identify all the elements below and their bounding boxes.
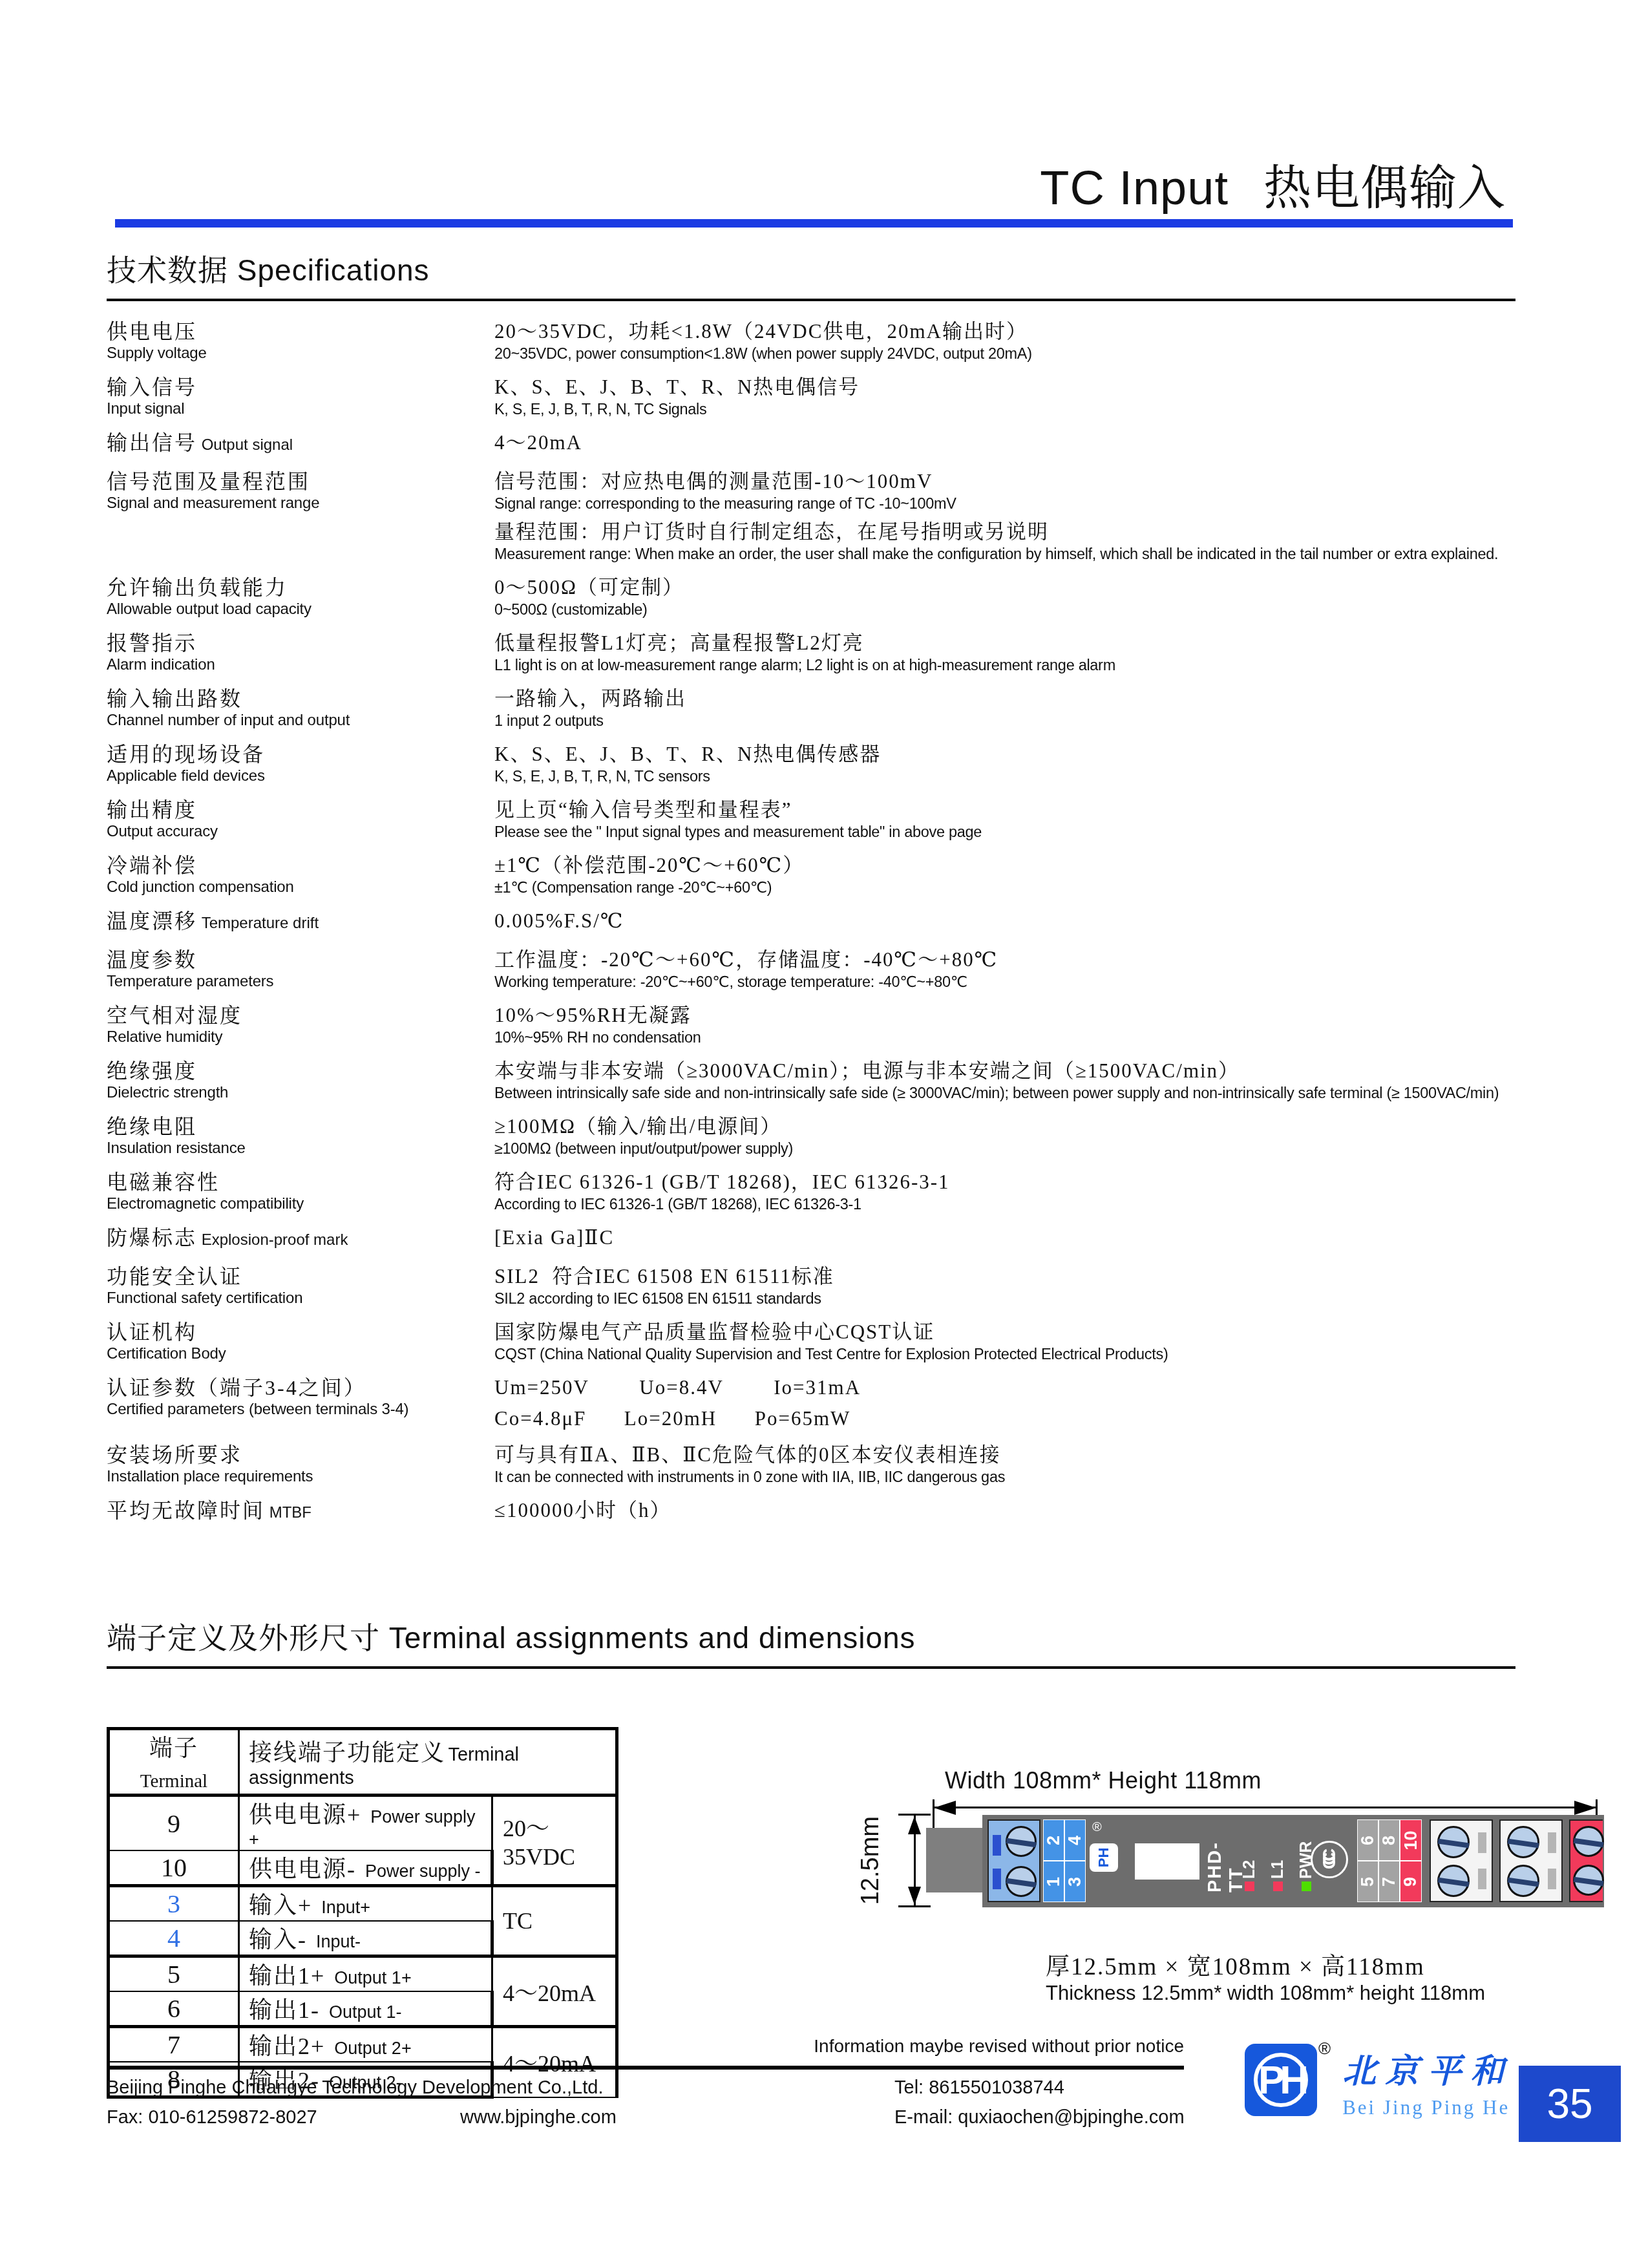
spec-value-line: ≤100000小时（h）	[494, 1498, 1528, 1523]
terminal-number-cell: 3	[109, 1886, 239, 1922]
terminal-number-cell: 9	[109, 1796, 239, 1851]
spec-label-cn: 适用的现场设备	[107, 742, 494, 767]
spec-label-cn: 防爆标志 Explosion-proof mark	[107, 1225, 494, 1253]
spec-value: [Exia Ga]ⅡC	[494, 1225, 1528, 1253]
spec-value: K、S、E、J、B、T、R、N热电偶信号K, S, E, J, B, T, R,…	[494, 375, 1528, 419]
module-terminal-numbers-gray: 6857	[1357, 1819, 1400, 1902]
spec-value-line: 可与具有ⅡA、ⅡB、ⅡC危险气体的0区本安仪表相连接It can be conn…	[494, 1443, 1528, 1487]
terminal-function-cn: 供电电源-	[249, 1856, 356, 1882]
spec-value-en: ≥100MΩ (between input/output/power suppl…	[494, 1139, 1528, 1158]
spec-value-line: 0.005%F.S/℃	[494, 909, 1528, 933]
terminal-number-cell: 7	[109, 2027, 239, 2062]
spec-value: 本安端与非本安端（≥3000VAC/min）；电源与非本安端之间（≥1500VA…	[494, 1059, 1528, 1103]
terminal-function-cell: 输入+Input+	[239, 1886, 492, 1922]
website-url: www.bjpinghe.com	[460, 2107, 617, 2128]
terminal-function-en: Output 2+	[334, 2039, 411, 2058]
spec-value: ±1℃（补偿范围-20℃～+60℃）±1℃ (Compensation rang…	[494, 853, 1528, 897]
spec-value: 低量程报警L1灯亮；高量程报警L2灯亮L1 light is on at low…	[494, 631, 1528, 675]
spec-value-en: K, S, E, J, B, T, R, N, TC Signals	[494, 399, 1528, 419]
terminal-number-cell: 6	[109, 1991, 239, 2027]
spec-value: K、S、E、J、B、T、R、N热电偶传感器K, S, E, J, B, T, R…	[494, 742, 1528, 786]
terminal-clamp	[1478, 1869, 1486, 1889]
spec-value-line: 10%～95%RH无凝露10%~95% RH no condensation	[494, 1003, 1528, 1047]
spec-label-cn: 电磁兼容性	[107, 1170, 494, 1194]
module-terminal-numbers-blue: 2413	[1043, 1819, 1086, 1902]
spec-label-cn: 输出精度	[107, 798, 494, 822]
company-logo: PH ® 北京平和 Bei Jing Ping He	[1245, 2044, 1513, 2119]
dimension-tick	[898, 1905, 931, 1907]
module-terminal-number: 1	[1043, 1861, 1064, 1902]
header-rule	[115, 219, 1513, 228]
terminal-table-body: 端子Terminal接线端子功能定义 Terminal assignments9…	[109, 1729, 617, 2097]
terminal-number-cell: 4	[109, 1921, 239, 1956]
spec-value-line: ±1℃（补偿范围-20℃～+60℃）±1℃ (Compensation rang…	[494, 853, 1528, 897]
spec-rows: 供电电压Supply voltage20～35VDC，功耗<1.8W（24VDC…	[107, 319, 1528, 1537]
led-label-text: L1	[1269, 1860, 1287, 1879]
page-title-cn: 热电偶输入	[1263, 161, 1506, 215]
led-label: L2	[1240, 1820, 1259, 1879]
spec-row: 平均无故障时间 MTBF≤100000小时（h）	[107, 1498, 1528, 1525]
dimensions-caption-cn: 厚12.5mm × 宽108mm × 高118mm	[1046, 1947, 1425, 1982]
page-title-en: TC Input	[1040, 161, 1229, 215]
spec-value-line: Co=4.8μF Lo=20mH Po=65mW	[494, 1406, 1528, 1431]
terminal-table-row: 5输出1+Output 1+4～20mA	[109, 1956, 617, 1992]
spec-label-en: Applicable field devices	[107, 767, 494, 786]
email-address: E-mail: quxiaochen@bjpinghe.com	[894, 2107, 1185, 2128]
logo-pinyin-name: Bei Jing Ping He	[1342, 2096, 1513, 2119]
spec-value-cn: ±1℃（补偿范围-20℃～+60℃）	[494, 853, 1528, 878]
module-terminal-number: 2	[1043, 1819, 1064, 1861]
spec-label-en: Input signal	[107, 399, 494, 419]
spec-label: 平均无故障时间 MTBF	[107, 1498, 494, 1525]
spec-value-cn: 工作温度：-20℃～+60℃，存储温度：-40℃～+80℃	[494, 948, 1528, 972]
spec-row: 电磁兼容性Electromagnetic compatibility符合IEC …	[107, 1170, 1528, 1214]
spec-value-line: 20～35VDC，功耗<1.8W（24VDC供电，20mA输出时）20~35VD…	[494, 319, 1528, 363]
module-red-terminal-block	[1569, 1819, 1603, 1902]
spec-row: 温度漂移 Temperature drift0.005%F.S/℃	[107, 909, 1528, 936]
spec-value-cn: 信号范围：对应热电偶的测量范围-10～100mV	[494, 469, 1528, 494]
screw-icon	[1006, 1826, 1037, 1857]
module-terminal-number: 5	[1357, 1861, 1378, 1902]
spec-value-cn: [Exia Ga]ⅡC	[494, 1225, 1528, 1250]
spec-row: 认证参数（端子3-4之间）Certified parameters (betwe…	[107, 1375, 1528, 1431]
module-terminal-number-text: 2	[1044, 1835, 1064, 1845]
spec-row: 输入输出路数Channel number of input and output…	[107, 686, 1528, 730]
footer-rule	[107, 2066, 1184, 2070]
spec-label-cn: 输出信号 Output signal	[107, 430, 494, 458]
spec-value-cn: 国家防爆电气产品质量监督检验中心CQST认证	[494, 1320, 1528, 1344]
module-blue-terminal-block	[987, 1819, 1040, 1902]
ccc-mark-icon: CCC	[1311, 1841, 1348, 1878]
terminal-function-cell: 供电电源+Power supply +	[239, 1796, 492, 1851]
power-led-icon	[1302, 1881, 1311, 1891]
module-terminal-number-text: 3	[1065, 1876, 1085, 1886]
spec-label: 输入输出路数Channel number of input and output	[107, 686, 494, 730]
company-name: Beijing Pinghe Chuangye Technology Devel…	[107, 2077, 603, 2099]
spec-label-cn: 安装场所要求	[107, 1443, 494, 1467]
spec-value: 符合IEC 61326-1 (GB/T 18268)，IEC 61326-3-1…	[494, 1170, 1528, 1214]
spec-label-cn: 输入输出路数	[107, 686, 494, 711]
screw-icon	[1573, 1865, 1604, 1896]
spec-label: 冷端补偿Cold junction compensation	[107, 853, 494, 897]
spec-value-en: 0~500Ω (customizable)	[494, 600, 1528, 619]
spec-value-en: ±1℃ (Compensation range -20℃~+60℃)	[494, 878, 1528, 897]
ccc-text: CCC	[1319, 1850, 1340, 1870]
alarm-led-icon	[1245, 1881, 1254, 1891]
terminal-group-cell: 4～20mA	[492, 1956, 617, 2027]
module-terminal-number-text: 4	[1065, 1835, 1085, 1845]
module-terminal-number-text: 1	[1044, 1876, 1064, 1886]
spec-label-en: Output accuracy	[107, 822, 494, 842]
spec-row: 防爆标志 Explosion-proof mark[Exia Ga]ⅡC	[107, 1225, 1528, 1253]
arrow-right-icon	[1574, 1801, 1596, 1815]
spec-row: 输出精度Output accuracy见上页“输入信号类型和量程表”Please…	[107, 798, 1528, 842]
dimension-figure: Width 108mm* Height 118mm 12.5mm	[853, 1745, 1626, 2023]
spec-value-line: 国家防爆电气产品质量监督检验中心CQST认证CQST (China Nation…	[494, 1320, 1528, 1364]
spec-value-cn: SIL2 符合IEC 61508 EN 61511标准	[494, 1264, 1528, 1289]
spec-label-cn: 输入信号	[107, 375, 494, 399]
terminal-clamp	[1478, 1832, 1486, 1853]
page-title: TC Input热电偶输入	[1040, 150, 1506, 218]
spec-value-cn: 本安端与非本安端（≥3000VAC/min）；电源与非本安端之间（≥1500VA…	[494, 1059, 1528, 1083]
terminal-clamp	[1548, 1869, 1556, 1889]
thickness-dimension-label: 12.5mm	[857, 1812, 885, 1909]
spec-label-en: Allowable output load capacity	[107, 600, 494, 619]
module-brand-logo: ® PH	[1090, 1834, 1119, 1889]
spec-label-cn: 供电电压	[107, 319, 494, 344]
terminal-table-row: 7输出2+Output 2+4～20mA	[109, 2027, 617, 2062]
spec-value-en: K, S, E, J, B, T, R, N, TC sensors	[494, 767, 1528, 786]
spec-value: SIL2 符合IEC 61508 EN 61511标准SIL2 accordin…	[494, 1264, 1528, 1308]
spec-value-line: ≥100MΩ（输入/输出/电源间）≥100MΩ (between input/o…	[494, 1114, 1528, 1158]
spec-value-cn: 10%～95%RH无凝露	[494, 1003, 1528, 1028]
spec-value-en: According to IEC 61326-1 (GB/T 18268), I…	[494, 1194, 1528, 1214]
spec-value-en: CQST (China National Quality Supervision…	[494, 1344, 1528, 1364]
spec-value-line: 4～20mA	[494, 430, 1528, 455]
module-terminal-number: 4	[1064, 1819, 1086, 1861]
arrow-up-icon	[908, 1816, 921, 1834]
module-white-terminal-block	[1430, 1819, 1493, 1902]
module-terminal-number-text: 9	[1401, 1876, 1421, 1886]
spec-label-en: Temperature parameters	[107, 972, 494, 991]
terminal-function-cn: 输出1-	[249, 1997, 320, 2023]
screw-icon	[1006, 1866, 1037, 1897]
spec-label: 防爆标志 Explosion-proof mark	[107, 1225, 494, 1253]
terminal-function-cn: 输出1+	[249, 1963, 325, 1989]
spec-row: 绝缘电阻Insulation resistance≥100MΩ（输入/输出/电源…	[107, 1114, 1528, 1158]
spec-value: Um=250V Uo=8.4V Io=31mACo=4.8μF Lo=20mH …	[494, 1375, 1528, 1431]
datasheet-page: TC Input热电偶输入 技术数据 Specifications 供电电压Su…	[0, 0, 1626, 2268]
terminal-number-cell: 5	[109, 1956, 239, 1992]
terminal-group-cell: 20～35VDC	[492, 1796, 617, 1886]
terminal-table: 端子Terminal接线端子功能定义 Terminal assignments9…	[107, 1727, 618, 2099]
spec-label: 认证机构Certification Body	[107, 1320, 494, 1364]
alarm-led-icon	[1273, 1881, 1283, 1891]
spec-row: 输出信号 Output signal4～20mA	[107, 430, 1528, 458]
terminal-function-cell: 输出1+Output 1+	[239, 1956, 492, 1992]
spec-label-cn: 平均无故障时间 MTBF	[107, 1498, 494, 1525]
spec-label: 适用的现场设备Applicable field devices	[107, 742, 494, 786]
page-number-badge: 35	[1519, 2066, 1621, 2142]
spec-label: 允许输出负载能力Allowable output load capacity	[107, 575, 494, 619]
spec-value-cn: ≥100MΩ（输入/输出/电源间）	[494, 1114, 1528, 1139]
spec-row: 冷端补偿Cold junction compensation±1℃（补偿范围-2…	[107, 853, 1528, 897]
module-terminal-number-text: 10	[1400, 1830, 1420, 1850]
spec-value: 0～500Ω（可定制）0~500Ω (customizable)	[494, 575, 1528, 619]
spec-label-en: Explosion-proof mark	[197, 1231, 348, 1249]
terminal-function-en: Power supply -	[365, 1861, 481, 1881]
spec-row: 信号范围及量程范围Signal and measurement range信号范…	[107, 469, 1528, 564]
led-label-text: L2	[1240, 1860, 1259, 1879]
module-terminal-number: 8	[1378, 1819, 1400, 1861]
terminal-clamp	[993, 1869, 1001, 1889]
spec-label-cn: 信号范围及量程范围	[107, 469, 494, 494]
spec-value-line: 量程范围：用户订货时自行制定组态，在尾号指明或另说明Measurement ra…	[494, 520, 1528, 564]
terminal-function-cell: 供电电源-Power supply -	[239, 1850, 492, 1886]
spec-label: 安装场所要求Installation place requirements	[107, 1443, 494, 1487]
screw-icon	[1437, 1865, 1470, 1897]
spec-label: 绝缘电阻Insulation resistance	[107, 1114, 494, 1158]
spec-value: ≤100000小时（h）	[494, 1498, 1528, 1525]
spec-value-en: 1 input 2 outputs	[494, 711, 1528, 730]
spec-label: 空气相对湿度Relative humidity	[107, 1003, 494, 1047]
spec-value-cn: K、S、E、J、B、T、R、N热电偶传感器	[494, 742, 1528, 767]
spec-value-line: K、S、E、J、B、T、R、N热电偶信号K, S, E, J, B, T, R,…	[494, 375, 1528, 419]
spec-label: 报警指示Alarm indication	[107, 631, 494, 675]
terminal-function-en: Input+	[321, 1898, 370, 1917]
spec-label-cn: 空气相对湿度	[107, 1003, 494, 1028]
spec-label-en: Electromagnetic compatibility	[107, 1194, 494, 1214]
spec-label: 认证参数（端子3-4之间）Certified parameters (betwe…	[107, 1375, 494, 1431]
spec-label-cn: 温度漂移 Temperature drift	[107, 909, 494, 936]
spec-value-en: L1 light is on at low-measurement range …	[494, 655, 1528, 675]
module-terminal-number: 7	[1378, 1861, 1400, 1902]
logo-text: 北京平和 Bei Jing Ping He	[1342, 2044, 1513, 2119]
spec-label-en: Temperature drift	[197, 915, 319, 932]
spec-row: 空气相对湿度Relative humidity10%～95%RH无凝露10%~9…	[107, 1003, 1528, 1047]
led-indicator-l1: L1	[1267, 1820, 1289, 1892]
spec-value-line: K、S、E、J、B、T、R、N热电偶传感器K, S, E, J, B, T, R…	[494, 742, 1528, 786]
spec-label-en: Dielectric strength	[107, 1083, 494, 1103]
width-dimension-arrow	[934, 1807, 1596, 1808]
arrow-down-icon	[908, 1887, 921, 1905]
spec-value-cn: Co=4.8μF Lo=20mH Po=65mW	[494, 1406, 1528, 1431]
spec-label: 输出精度Output accuracy	[107, 798, 494, 842]
terminal-function-cn: 供电电源+	[249, 1802, 361, 1828]
spec-value-cn: 符合IEC 61326-1 (GB/T 18268)，IEC 61326-3-1	[494, 1170, 1528, 1194]
spec-value-cn: 量程范围：用户订货时自行制定组态，在尾号指明或另说明	[494, 520, 1528, 544]
module-photo: 2413 ® PH PHD-TT L2L1PWR CCC 6857 109	[982, 1815, 1604, 1907]
spec-value-en: 10%~95% RH no condensation	[494, 1028, 1528, 1047]
specs-section-heading: 技术数据 Specifications	[107, 247, 1515, 301]
registered-mark: ®	[1092, 1820, 1102, 1835]
spec-label-en: Functional safety certification	[107, 1289, 494, 1308]
spec-value-en: Please see the " Input signal types and …	[494, 822, 1528, 842]
spec-label-en: Cold junction compensation	[107, 878, 494, 897]
spec-label: 温度漂移 Temperature drift	[107, 909, 494, 936]
spec-label-en: Supply voltage	[107, 344, 494, 363]
spec-value: 20～35VDC，功耗<1.8W（24VDC供电，20mA输出时）20~35VD…	[494, 319, 1528, 363]
module-terminal-number: 10	[1400, 1819, 1422, 1861]
terminal-function-en: Input-	[316, 1932, 361, 1951]
spec-label-cn: 允许输出负载能力	[107, 575, 494, 600]
terminal-section-heading: 端子定义及外形尺寸 Terminal assignments and dimen…	[107, 1615, 1515, 1669]
spec-label-en: Relative humidity	[107, 1028, 494, 1047]
ph-logo-icon: PH	[1245, 2044, 1317, 2116]
spec-label: 温度参数Temperature parameters	[107, 948, 494, 991]
spec-value-en: Signal range: corresponding to the measu…	[494, 494, 1528, 513]
fax-number: Fax: 010-61259872-8027	[107, 2107, 317, 2128]
spec-value-en: Measurement range: When make an order, t…	[494, 544, 1528, 564]
spec-value-en: SIL2 according to IEC 61508 EN 61511 sta…	[494, 1289, 1528, 1308]
terminal-number-cell: 10	[109, 1850, 239, 1886]
terminal-function-cell: 输出1-Output 1-	[239, 1991, 492, 2027]
spec-value-cn: 一路输入，两路输出	[494, 686, 1528, 711]
terminal-function-cell: 输入-Input-	[239, 1921, 492, 1956]
spec-value: 信号范围：对应热电偶的测量范围-10～100mVSignal range: co…	[494, 469, 1528, 564]
module-terminal-number: 6	[1357, 1819, 1378, 1861]
spec-label-cn: 冷端补偿	[107, 853, 494, 878]
spec-value-line: [Exia Ga]ⅡC	[494, 1225, 1528, 1250]
module-terminal-number-text: 8	[1379, 1835, 1399, 1845]
spec-value: 见上页“输入信号类型和量程表”Please see the " Input si…	[494, 798, 1528, 842]
screw-icon	[1507, 1865, 1539, 1897]
spec-value-cn: 0.005%F.S/℃	[494, 909, 1528, 933]
spec-label: 供电电压Supply voltage	[107, 319, 494, 363]
spec-value-cn: 20～35VDC，功耗<1.8W（24VDC供电，20mA输出时）	[494, 319, 1528, 344]
spec-value-cn: ≤100000小时（h）	[494, 1498, 1528, 1523]
logo-chinese-name: 北京平和	[1342, 2044, 1513, 2092]
terminal-function-cn: 输出2+	[249, 2033, 325, 2059]
spec-row: 输入信号Input signalK、S、E、J、B、T、R、N热电偶信号K, S…	[107, 375, 1528, 419]
terminal-function-cn: 输入-	[249, 1927, 307, 1953]
spec-value-line: 低量程报警L1灯亮；高量程报警L2灯亮L1 light is on at low…	[494, 631, 1528, 675]
spec-value-cn: 可与具有ⅡA、ⅡB、ⅡC危险气体的0区本安仪表相连接	[494, 1443, 1528, 1467]
module-white-label	[1135, 1843, 1199, 1880]
spec-label-cn: 绝缘强度	[107, 1059, 494, 1083]
spec-row: 认证机构Certification Body国家防爆电气产品质量监督检验中心CQ…	[107, 1320, 1528, 1364]
terminal-group-cell: TC	[492, 1886, 617, 1956]
terminal-clamp	[1548, 1832, 1556, 1853]
screw-icon	[1507, 1826, 1539, 1858]
module-white-terminal-block	[1499, 1819, 1563, 1902]
spec-value-line: 0～500Ω（可定制）0~500Ω (customizable)	[494, 575, 1528, 619]
led-label: L1	[1269, 1820, 1287, 1879]
spec-label: 功能安全认证Functional safety certification	[107, 1264, 494, 1308]
spec-label-en: Alarm indication	[107, 655, 494, 675]
spec-value-line: 符合IEC 61326-1 (GB/T 18268)，IEC 61326-3-1…	[494, 1170, 1528, 1214]
module-terminal-numbers-red: 109	[1400, 1819, 1422, 1902]
dimensions-caption-en: Thickness 12.5mm* width 108mm* height 11…	[1046, 1982, 1485, 2005]
spec-value-cn: 0～500Ω（可定制）	[494, 575, 1528, 600]
spec-row: 报警指示Alarm indication低量程报警L1灯亮；高量程报警L2灯亮L…	[107, 631, 1528, 675]
terminal-clamp	[993, 1835, 1001, 1856]
spec-value-cn: Um=250V Uo=8.4V Io=31mA	[494, 1375, 1528, 1400]
spec-value: 国家防爆电气产品质量监督检验中心CQST认证CQST (China Nation…	[494, 1320, 1528, 1364]
spec-row: 适用的现场设备Applicable field devicesK、S、E、J、B…	[107, 742, 1528, 786]
spec-label: 信号范围及量程范围Signal and measurement range	[107, 469, 494, 564]
terminal-function-cell: 输出2+Output 2+	[239, 2027, 492, 2062]
spec-label-cn: 报警指示	[107, 631, 494, 655]
terminal-table-header-row: 端子Terminal接线端子功能定义 Terminal assignments	[109, 1729, 617, 1796]
spec-label: 电磁兼容性Electromagnetic compatibility	[107, 1170, 494, 1214]
spec-value: 10%～95%RH无凝露10%~95% RH no condensation	[494, 1003, 1528, 1047]
spec-label-en: Channel number of input and output	[107, 711, 494, 730]
spec-label-en: MTBF	[265, 1504, 311, 1521]
spec-value-cn: K、S、E、J、B、T、R、N热电偶信号	[494, 375, 1528, 399]
spec-row: 允许输出负载能力Allowable output load capacity0～…	[107, 575, 1528, 619]
spec-label-en: Installation place requirements	[107, 1467, 494, 1487]
spec-label-en: Output signal	[197, 436, 293, 454]
spec-value-en: Between intrinsically safe side and non-…	[494, 1083, 1528, 1103]
spec-value-line: SIL2 符合IEC 61508 EN 61511标准SIL2 accordin…	[494, 1264, 1528, 1308]
spec-value-cn: 4～20mA	[494, 430, 1528, 455]
spec-value: 0.005%F.S/℃	[494, 909, 1528, 936]
logo-monogram: PH	[1254, 2053, 1308, 2107]
spec-row: 功能安全认证Functional safety certificationSIL…	[107, 1264, 1528, 1308]
module-din-tab	[926, 1828, 987, 1892]
module-terminal-number: 9	[1400, 1861, 1422, 1902]
spec-label-en: Insulation resistance	[107, 1139, 494, 1158]
spec-row: 供电电压Supply voltage20～35VDC，功耗<1.8W（24VDC…	[107, 319, 1528, 363]
spec-value-line: 信号范围：对应热电偶的测量范围-10～100mVSignal range: co…	[494, 469, 1528, 513]
spec-value-en: Working temperature: -20℃~+60℃, storage …	[494, 972, 1528, 991]
terminal-header-cell: 接线端子功能定义 Terminal assignments	[239, 1729, 617, 1796]
spec-label-cn: 认证参数（端子3-4之间）	[107, 1375, 494, 1400]
spec-label-en: Signal and measurement range	[107, 494, 494, 513]
spec-label: 输入信号Input signal	[107, 375, 494, 419]
spec-row: 安装场所要求Installation place requirements可与具…	[107, 1443, 1528, 1487]
revision-notice: Information maybe revised without prior …	[814, 2036, 1184, 2057]
arrow-left-icon	[934, 1801, 956, 1815]
terminal-table-row: 9供电电源+Power supply +20～35VDC	[109, 1796, 617, 1851]
spec-value: 4～20mA	[494, 430, 1528, 458]
module-terminal-number-text: 7	[1379, 1876, 1399, 1886]
telephone-number: Tel: 8615501038744	[894, 2077, 1064, 2099]
terminal-function-cn: 输入+	[249, 1892, 312, 1918]
spec-value: 可与具有ⅡA、ⅡB、ⅡC危险气体的0区本安仪表相连接It can be conn…	[494, 1443, 1528, 1487]
spec-value: 一路输入，两路输出1 input 2 outputs	[494, 686, 1528, 730]
ph-logo-icon: PH	[1095, 1848, 1112, 1868]
spec-value-line: 见上页“输入信号类型和量程表”Please see the " Input si…	[494, 798, 1528, 842]
terminal-header-cell: 端子Terminal	[109, 1729, 239, 1796]
terminal-function-en: Output 1-	[329, 2002, 402, 2022]
width-dimension-label: Width 108mm* Height 118mm	[945, 1767, 1262, 1794]
spec-value: 工作温度：-20℃～+60℃，存储温度：-40℃～+80℃Working tem…	[494, 948, 1528, 991]
terminal-table-row: 3输入+Input+TC	[109, 1886, 617, 1922]
screw-icon	[1573, 1826, 1604, 1857]
screw-icon	[1437, 1826, 1470, 1858]
led-indicator-l2: L2	[1238, 1820, 1260, 1892]
spec-value-line: Um=250V Uo=8.4V Io=31mA	[494, 1375, 1528, 1400]
spec-label-cn: 认证机构	[107, 1320, 494, 1344]
spec-value-en: It can be connected with instruments in …	[494, 1467, 1528, 1487]
spec-value-line: 本安端与非本安端（≥3000VAC/min）；电源与非本安端之间（≥1500VA…	[494, 1059, 1528, 1103]
spec-label-en: Certified parameters (between terminals …	[107, 1400, 494, 1419]
spec-row: 温度参数Temperature parameters工作温度：-20℃～+60℃…	[107, 948, 1528, 991]
spec-label-cn: 绝缘电阻	[107, 1114, 494, 1139]
spec-row: 绝缘强度Dielectric strength本安端与非本安端（≥3000VAC…	[107, 1059, 1528, 1103]
module-terminal-number-text: 6	[1358, 1835, 1378, 1845]
spec-label-cn: 功能安全认证	[107, 1264, 494, 1289]
module-terminal-number-text: 5	[1358, 1876, 1378, 1886]
spec-value-en: 20~35VDC, power consumption<1.8W (when p…	[494, 344, 1528, 363]
spec-value-cn: 低量程报警L1灯亮；高量程报警L2灯亮	[494, 631, 1528, 655]
spec-label: 输出信号 Output signal	[107, 430, 494, 458]
terminal-function-en: Output 1+	[334, 1968, 411, 1987]
spec-label-en: Certification Body	[107, 1344, 494, 1364]
page-number: 35	[1547, 2080, 1592, 2128]
